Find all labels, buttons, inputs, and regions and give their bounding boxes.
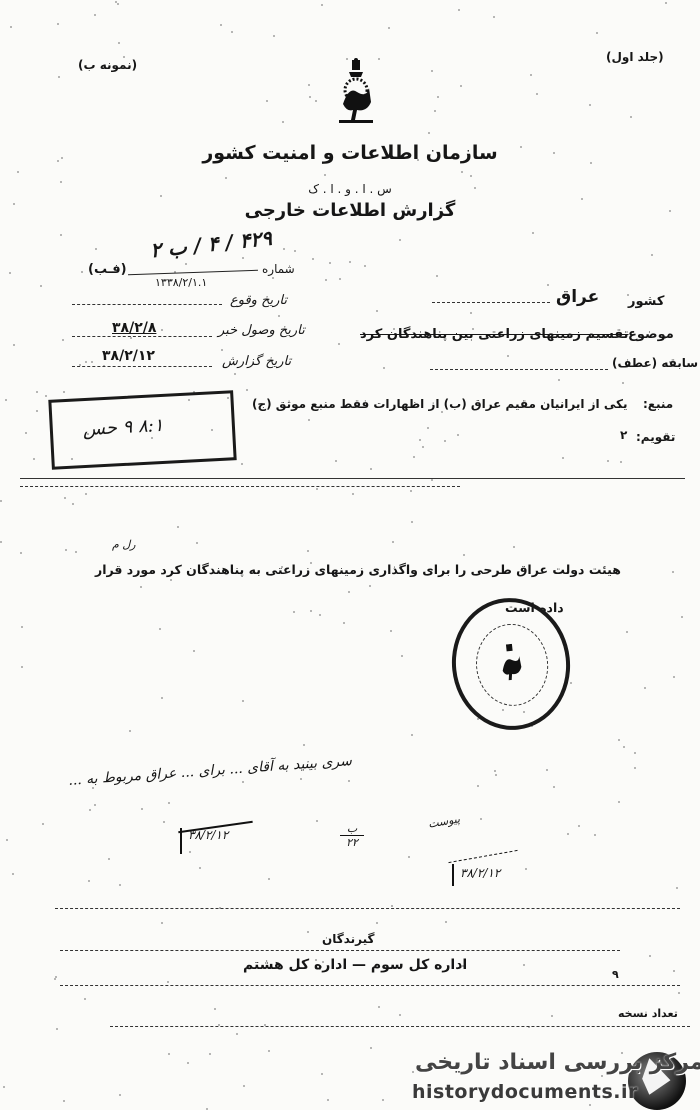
lion-and-sun-emblem-icon xyxy=(335,58,377,128)
number-suffix: (ف‍ـ‍ب) xyxy=(88,262,127,277)
handwritten-note: سری بینید به آقای ... برای ... عراق مربو… xyxy=(68,753,353,789)
subject-value: تقسیم زمینهای زراعتی بین پناهندگان کرد xyxy=(360,327,629,342)
receipt-date-value: ۳۸/۲/۸ xyxy=(112,320,156,336)
watermark-english: historydocuments.ir xyxy=(412,1081,638,1103)
number-label: شماره xyxy=(262,262,295,276)
fraction-mark: ب ۲۲ xyxy=(340,822,364,849)
incident-date-line xyxy=(72,304,222,305)
registration-box-text: ۸:۱ ۹ حس xyxy=(82,415,164,440)
report-date-value: ۳۸/۲/۱۲ xyxy=(102,348,155,364)
recipients-value: اداره کل سوم — اداره کل هشتم xyxy=(243,957,467,973)
signature-left-date: ۳۸/۲/۱۲ xyxy=(188,828,228,842)
fraction-top: ب xyxy=(340,822,364,835)
handwritten-report-number: ۴۲۹ / ۴ / ب ۲ xyxy=(149,226,273,263)
copies-line xyxy=(110,1026,690,1027)
signature-left: ۳۸/۲/۱۲ xyxy=(178,826,278,856)
interlinear-note: رل م xyxy=(112,538,136,551)
receipt-date-line xyxy=(72,336,212,337)
source-value: یکی از ایرانیان مقیم عراق (ب) از اظهارات… xyxy=(252,397,627,411)
signature-right-initials: پیوست xyxy=(427,812,461,830)
country-value: عراق xyxy=(556,287,599,307)
receipt-date-label: تاریخ وصول خبر xyxy=(218,323,305,338)
signature-right-date: ۳۸/۲/۱۲ xyxy=(460,866,500,880)
number-underline xyxy=(128,270,258,276)
signature-right: ۳۸/۲/۱۲ xyxy=(448,852,558,892)
volume-label: (جلد اول) xyxy=(606,50,664,64)
source-label: منبع: xyxy=(643,397,673,411)
country-line xyxy=(432,302,550,303)
evaluation-value: ۲ xyxy=(620,428,627,442)
seal-emblem-icon xyxy=(498,643,524,681)
recipients-divider-mid xyxy=(60,950,620,951)
watermark-persian: مرکز بررسی اسناد تاریخی xyxy=(415,1050,700,1075)
report-date-label: تاریخ گزارش xyxy=(222,354,291,369)
report-date-line xyxy=(72,366,212,367)
reference-line xyxy=(430,369,608,370)
body-text-line1: هیئت دولت عراق طرحی را برای واگذاری زمین… xyxy=(95,562,621,577)
recipients-label: گیرندگان xyxy=(322,932,375,946)
report-type-title: گزارش اطلاعات خارجی xyxy=(0,200,700,221)
seal-text: سازمان اطلاعات و امنیت کشور — اداره کل ا… xyxy=(450,608,451,609)
form-type-label: (نمونه ب) xyxy=(78,58,137,72)
copies-label: تعداد نسخه xyxy=(618,1007,678,1020)
registration-box: ۸:۱ ۹ حس xyxy=(48,390,236,470)
section-divider-2 xyxy=(20,486,460,487)
recipient-number: ۹ xyxy=(612,968,619,981)
subject-label: موضوع xyxy=(628,327,674,342)
section-divider-1 xyxy=(20,478,685,479)
country-label: کشور xyxy=(628,294,664,309)
recipients-divider-top xyxy=(55,908,680,909)
fraction-bottom: ۲۲ xyxy=(340,836,364,849)
number-date: ۱۳۳۸/۲/۱.۱ xyxy=(155,276,207,289)
incident-date-label: تاریخ وقوع xyxy=(230,293,287,308)
evaluation-label: تقویم: xyxy=(636,430,675,444)
organization-abbreviation: س . ا . و . ا . ک xyxy=(0,182,700,196)
recipients-divider-bottom xyxy=(60,985,680,986)
organization-title: سازمان اطلاعات و امنیت کشور xyxy=(0,142,700,164)
reference-label: سابقه (عطف) xyxy=(612,356,698,370)
